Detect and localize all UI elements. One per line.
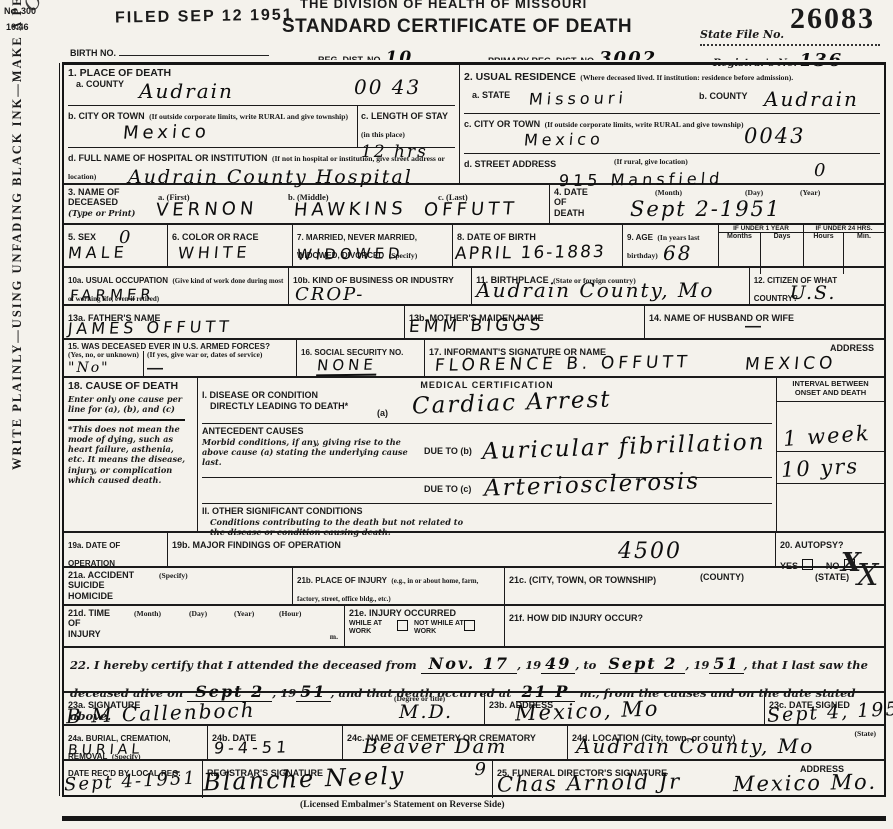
death-year-label: (Year): [800, 189, 820, 198]
certify-sep1: , 19: [517, 658, 541, 672]
certificate-title: STANDARD CERTIFICATE OF DEATH: [282, 16, 632, 38]
interval-c-value: 10 yrs: [780, 454, 859, 482]
section-birthplace: 11. BIRTHPLACE (State or foreign country…: [471, 268, 749, 304]
row-injury-1: 21a. ACCIDENT SUICIDE HOMICIDE (Specify)…: [64, 568, 884, 606]
burial-state-note: (State): [854, 730, 876, 739]
residence-title-note: (Where deceased lived. If institution: r…: [580, 73, 793, 82]
last-name-value: Offutt: [423, 198, 519, 220]
section-spouse: 14. NAME OF HUSBAND OR WIFE —: [644, 306, 884, 338]
row-name-deathdate: 3. NAME OF DECEASED (Type or Print) a. (…: [64, 185, 884, 225]
funeral-director-value: Chas Arnold Jr: [497, 769, 682, 796]
section-cemetery: 24c. NAME OF CEMETERY OR CREMATORY Beave…: [342, 726, 567, 759]
row-injury-2: 21d. TIME OF INJURY (Month) (Day) (Year)…: [64, 606, 884, 648]
age-value: 68: [663, 241, 692, 265]
section-ssn: 16. SOCIAL SECURITY NO. None: [296, 340, 424, 376]
residence-state-label: a. STATE: [472, 90, 510, 100]
burial-type-value: Burial: [67, 741, 144, 758]
section-operation-findings: 19b. MAJOR FINDINGS OF OPERATION 4500: [167, 533, 775, 566]
injury-day-label: (Day): [189, 610, 207, 619]
section-injury-location: 21c. (CITY, TOWN, OR TOWNSHIP) (COUNTY) …: [504, 568, 884, 604]
physician-address-value: Mexico, Mo: [515, 696, 660, 725]
deceased-subtitle: (Type or Print): [68, 208, 158, 218]
citizen-value: U.S.: [790, 282, 837, 304]
injury-hour-label: (Hour): [279, 610, 301, 619]
row-cause-of-death: 18. CAUSE OF DEATH Enter only one cause …: [64, 378, 884, 533]
registrar-flourish: 9: [475, 759, 488, 780]
state-file-number: 26083: [790, 2, 875, 36]
row-parents: 13a. FATHER'S NAME James Offutt 13b. MOT…: [64, 306, 884, 340]
deceased-title: 3. NAME OF DECEASED: [68, 187, 158, 208]
row-burial: 24a. BURIAL, CREMATION, REMOVAL (Specify…: [64, 726, 884, 761]
burial-date-value: 9-4-51: [213, 737, 291, 757]
row-operation: 19a. DATE OF OPERATION 19b. MAJOR FINDIN…: [64, 533, 884, 568]
section-date-of-death: 4. DATE OF DEATH (Month) (Day) (Year) Se…: [549, 185, 884, 223]
certify-to-year: 51: [709, 654, 743, 674]
interval-label2: ONSET AND DEATH: [777, 389, 884, 398]
section-burial-location: 24d. LOCATION (City, town, or county) (S…: [567, 726, 884, 759]
form-body: 1. PLACE OF DEATH a. COUNTY Audrain 00 4…: [62, 62, 886, 797]
section-business: 10b. KIND OF BUSINESS OR INDUSTRY Crop-: [288, 268, 471, 304]
certify-sep2: , 19: [685, 658, 709, 672]
spouse-value: —: [745, 318, 761, 336]
race-value: White: [177, 242, 251, 262]
injury-state-label: (STATE): [815, 572, 849, 582]
residence-city-note: (If outside corporate limits, write RURA…: [545, 120, 744, 129]
section-race: 6. COLOR OR RACE White: [167, 225, 292, 266]
section-mother: 13b. MOTHER'S MAIDEN NAME Emm Biggs: [404, 306, 644, 338]
sex-label: 5. SEX: [68, 232, 96, 242]
section-date-received: DATE REC'D BY LOCAL REG. Sept 4-1951: [64, 761, 202, 798]
sex-value: Male: [67, 243, 129, 263]
residence-county-label: b. COUNTY: [699, 91, 748, 101]
street-extra-mark: 0: [814, 160, 827, 181]
section-time-of-injury: 21d. TIME OF INJURY (Month) (Day) (Year)…: [64, 606, 344, 646]
under-1yr-label: IF UNDER 1 YEAR: [719, 225, 803, 233]
residence-city-code: 0043: [744, 124, 805, 148]
street-label: d. STREET ADDRESS: [464, 159, 556, 169]
dob-label: 8. DATE OF BIRTH: [457, 232, 536, 242]
section-usual-residence: 2. USUAL RESIDENCE (Where deceased lived…: [459, 65, 884, 183]
armed-forces-note2: (If yes, give war or, dates of service): [147, 351, 262, 360]
row-certify: 22. I hereby certify that I attended the…: [64, 648, 884, 693]
cause-note2: *This does not mean the mode of dying, s…: [68, 424, 193, 486]
mother-value: Emm Biggs: [408, 315, 545, 337]
section-citizen: 12. CITIZEN OF WHAT COUNTRY? U.S.: [749, 268, 884, 304]
section-date-of-birth: 8. DATE OF BIRTH April 16-1883: [452, 225, 622, 266]
injury-occurred-label: 21e. INJURY OCCURRED: [349, 608, 500, 618]
cause-a-value: Cardiac Arrest: [412, 387, 612, 420]
section-informant: 17. INFORMANT'S SIGNATURE OR NAME ADDRES…: [424, 340, 884, 376]
bottom-border-bar: [62, 816, 886, 821]
section-operation-date: 19a. DATE OF OPERATION: [64, 533, 167, 566]
cause-a-tag: (a): [377, 408, 388, 418]
certify-text-pre: 22. I hereby certify that I attended the…: [70, 658, 417, 672]
occupation-value: Farmer: [69, 285, 156, 304]
section-injury-occurred: 21e. INJURY OCCURRED WHILE AT WORK NOT W…: [344, 606, 504, 646]
middle-name-value: Hawkins: [293, 198, 408, 221]
section-place-of-death: 1. PLACE OF DEATH a. COUNTY Audrain 00 4…: [64, 65, 459, 183]
under-24hr-label: IF UNDER 24 HRS.: [804, 225, 884, 233]
antecedent-note: Morbid conditions, if any, giving rise t…: [202, 437, 417, 468]
section-funeral-director: 25. FUNERAL DIRECTOR'S SIGNATURE ADDRESS…: [492, 761, 884, 798]
cemetery-value: Beaver Dam: [363, 734, 507, 758]
injury-city-label: 21c. (CITY, TOWN, OR TOWNSHIP): [509, 575, 656, 585]
race-label: 6. COLOR OR RACE: [172, 232, 259, 242]
accident-note: (Specify): [159, 572, 188, 581]
age-label: 9. AGE: [627, 233, 653, 242]
county-code: 00 43: [354, 75, 421, 99]
length-of-stay-label: c. LENGTH OF STAY: [361, 111, 448, 121]
street-note: (If rural, give location): [614, 158, 688, 167]
first-name-value: Vernon: [155, 198, 258, 220]
informant-address-value: Mexico: [744, 353, 837, 374]
section-age: 9. AGE (In years last birthday) 68: [622, 225, 718, 266]
city-note: (If outside corporate limits, write RURA…: [149, 112, 348, 121]
cause-b-label: DUE TO (b): [424, 446, 472, 456]
county-label: a. COUNTY: [76, 79, 124, 105]
section-age-under-24hr: IF UNDER 24 HRS. Hours Min.: [803, 225, 884, 266]
row-place-residence: 1. PLACE OF DEATH a. COUNTY Audrain 00 4…: [64, 65, 884, 185]
time-of-injury-label: 21d. TIME OF INJURY: [68, 608, 113, 639]
cause-c-value: Arteriosclerosis: [484, 469, 701, 503]
funeral-address-value: Mexico Mo.: [733, 770, 877, 797]
certify-from-year: 49: [541, 654, 575, 674]
section-occupation: 10a. USUAL OCCUPATION (Give kind of work…: [64, 268, 288, 304]
cause-note1: Enter only one cause per line for (a), (…: [68, 394, 193, 415]
hospital-label: d. FULL NAME OF HOSPITAL OR INSTITUTION: [68, 153, 268, 163]
residence-title: 2. USUAL RESIDENCE: [464, 71, 576, 83]
medical-certification-title: MEDICAL CERTIFICATION: [202, 380, 772, 390]
business-value: Crop-: [295, 284, 364, 305]
birth-no-label: BIRTH NO.: [70, 48, 116, 58]
operation-date-label: 19a. DATE OF OPERATION: [68, 541, 120, 568]
informant-value: Florence B. Offutt: [434, 352, 692, 376]
burial-location-value: Audrain County, Mo: [576, 734, 814, 758]
spouse-label: 14. NAME OF HUSBAND OR WIFE: [649, 313, 794, 323]
row-vitals: 5. SEX 0 Male 6. COLOR OR RACE White 7. …: [64, 225, 884, 268]
section-marital: 7. MARRIED, NEVER MARRIED, WIDOWED, DIVO…: [292, 225, 452, 266]
injury-month-label: (Month): [134, 610, 161, 619]
occupation-label: 10a. USUAL OCCUPATION: [68, 276, 168, 285]
injury-county-label: (COUNTY): [700, 572, 744, 582]
margin-instruction: WRITE PLAINLY—USING UNFADING BLACK INK—M…: [10, 450, 25, 470]
marital-value: Widowed: [296, 244, 404, 263]
cause-c-label: DUE TO (c): [424, 484, 471, 494]
city-value: Mexico: [122, 121, 211, 143]
while-at-work-checkbox[interactable]: [397, 620, 408, 631]
section-cause-notes: 18. CAUSE OF DEATH Enter only one cause …: [64, 378, 197, 531]
section-medical-certification: MEDICAL CERTIFICATION I. DISEASE OR COND…: [197, 378, 884, 531]
residence-city-value: Mexico: [523, 129, 605, 149]
birth-no-field: [119, 55, 269, 56]
not-while-at-work-label: NOT WHILE AT WORK: [414, 620, 464, 636]
father-value: James Offutt: [67, 317, 233, 338]
dob-value: April 16-1883: [454, 242, 607, 264]
section-father: 13a. FATHER'S NAME James Offutt: [64, 306, 404, 338]
section-place-of-injury: 21b. PLACE OF INJURY (e.g., in or about …: [292, 568, 504, 604]
row-registrar: DATE REC'D BY LOCAL REG. Sept 4-1951 REG…: [64, 761, 884, 798]
residence-city-label: c. CITY OR TOWN: [464, 119, 540, 129]
autopsy-label: 20. AUTOPSY?: [780, 540, 844, 550]
embalmer-note: (Licensed Embalmer's Statement on Revers…: [300, 800, 504, 810]
birthplace-value: Audrain County, Mo: [476, 278, 714, 302]
section-registrar-signature: REGISTRAR'S SIGNATURE Blanche Neely 9: [202, 761, 492, 798]
county-value: Audrain: [139, 79, 234, 103]
date-of-death-label: 4. DATE OF DEATH: [554, 187, 592, 218]
section-physician-signature: 23a. SIGNATURE (Degree or title) B M Cal…: [64, 693, 484, 724]
interval-b-value: 1 week: [782, 421, 871, 451]
armed-forces-note1: (Yes, no, or unknown): [68, 351, 143, 360]
injury-year-label: (Year): [234, 610, 254, 619]
section-age-under-1yr: IF UNDER 1 YEAR Months Days: [718, 225, 803, 266]
section-physician-address: 23b. ADDRESS Mexico, Mo: [484, 693, 764, 724]
armed-forces-value2: —: [147, 360, 262, 378]
section-sex: 5. SEX 0 Male: [64, 225, 167, 266]
injury-m-label: m.: [330, 633, 338, 642]
not-while-at-work-checkbox[interactable]: [464, 620, 475, 631]
date-of-death-value: Sept 2-1951: [630, 197, 781, 221]
row-occupation: 10a. USUAL OCCUPATION (Give kind of work…: [64, 268, 884, 306]
section-accident: 21a. ACCIDENT SUICIDE HOMICIDE (Specify): [64, 568, 292, 604]
residence-state-value: Missouri: [528, 88, 628, 108]
row-signature: 23a. SIGNATURE (Degree or title) B M Cal…: [64, 693, 884, 726]
division-title: THE DIVISION OF HEALTH OF MISSOURI: [300, 0, 587, 11]
left-margin: No. 300 10.46 Ollenbach WRITE PLAINLY—US…: [0, 0, 62, 829]
registration-row: BIRTH NO. REG. DIST. NO. 10 PRIMARY REG.…: [68, 40, 888, 62]
stray-x-mark: X: [857, 558, 878, 593]
certify-to-word: , to: [575, 658, 596, 672]
section-burial-type: 24a. BURIAL, CREMATION, REMOVAL (Specify…: [64, 726, 207, 759]
how-injury-label: 21f. HOW DID INJURY OCCUR?: [509, 613, 643, 623]
degree-value: M.D.: [399, 701, 453, 723]
informant-address-label: ADDRESS: [830, 343, 874, 353]
section-date-signed: 23c. DATE SIGNED Sept 4, 1951: [764, 693, 884, 724]
certify-from-value: Nov. 17: [421, 654, 517, 674]
other-conditions-title: II. OTHER SIGNIFICANT CONDITIONS: [202, 506, 772, 516]
cause-label: 18. CAUSE OF DEATH: [68, 380, 193, 392]
section-how-injury: 21f. HOW DID INJURY OCCUR?: [504, 606, 884, 646]
row-military-informant: 15. WAS DECEASED EVER IN U.S. ARMED FORC…: [64, 340, 884, 378]
section-burial-date: 24b. DATE 9-4-51: [207, 726, 342, 759]
findings-value: 4500: [618, 539, 682, 564]
section-armed-forces: 15. WAS DECEASED EVER IN U.S. ARMED FORC…: [64, 340, 296, 376]
findings-label: 19b. MAJOR FINDINGS OF OPERATION: [172, 540, 341, 550]
while-at-work-label: WHILE AT WORK: [349, 620, 397, 636]
filed-date-stamp: FILED SEP 12 1951: [115, 6, 294, 27]
length-of-stay-note: (in this place): [361, 130, 405, 139]
section-deceased-name: 3. NAME OF DECEASED (Type or Print) a. (…: [64, 185, 549, 223]
city-label: b. CITY OR TOWN: [68, 111, 145, 121]
accident-label: 21a. ACCIDENT SUICIDE HOMICIDE: [68, 570, 138, 601]
place-of-injury-label: 21b. PLACE OF INJURY: [297, 576, 387, 585]
armed-forces-value: "No": [68, 360, 143, 376]
residence-county-value: Audrain: [764, 87, 859, 111]
ssn-value: None: [316, 356, 378, 377]
death-certificate-scan: No. 300 10.46 Ollenbach WRITE PLAINLY—US…: [0, 0, 893, 829]
registrar-signature-value: Blanche Neely: [203, 761, 406, 796]
certify-to-value: Sept 2: [600, 654, 685, 674]
